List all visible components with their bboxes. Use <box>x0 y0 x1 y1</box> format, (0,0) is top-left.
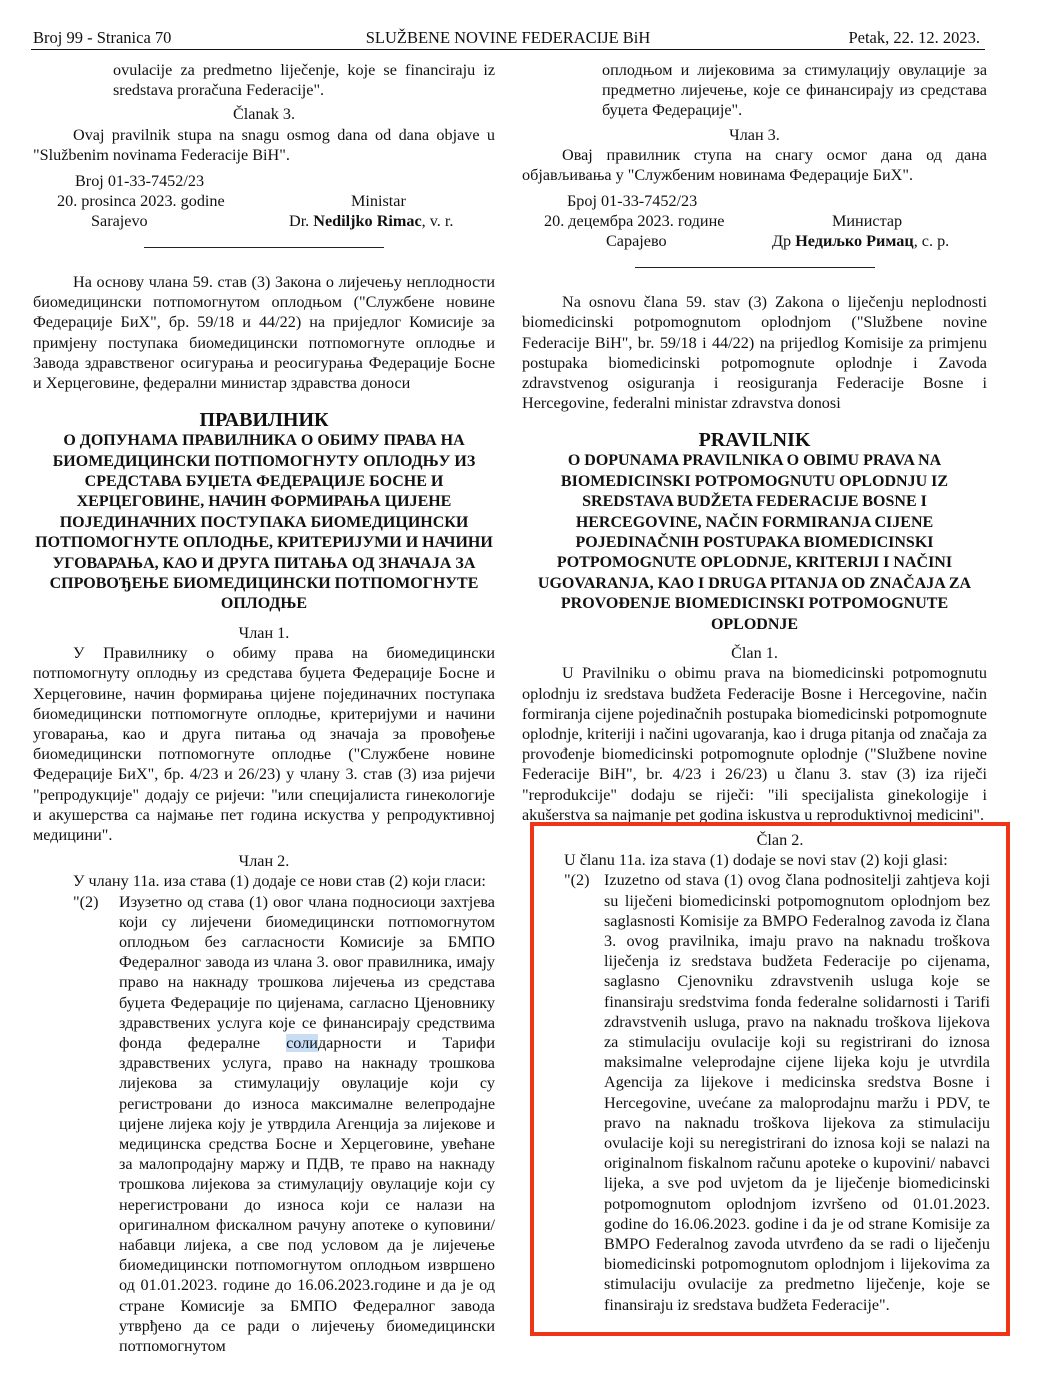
article-2-paragraph: "(2) Изузетно од става (1) овог члана по… <box>33 892 495 1357</box>
decree-number: Број 01-33-7452/23 <box>567 191 697 211</box>
paragraph-number: "(2) <box>564 870 604 1314</box>
right-column: оплодњом и лијековима за стимулацију ову… <box>522 60 987 825</box>
paragraph-text[interactable]: Изузетно од става (1) овог члана подноси… <box>119 892 495 1357</box>
signatory-name: Др Недиљко Римац, с. р. <box>772 231 949 251</box>
article-2-intro: U članu 11a. iza stava (1) dodaje se nov… <box>564 850 990 870</box>
article-3-heading: Члан 3. <box>522 125 987 145</box>
article-1-text: U Pravilniku o obimu prava na biomedicin… <box>522 663 987 825</box>
decree-date: 20. децембра 2023. године <box>544 211 724 231</box>
article-3-text: Ovaj pravilnik stupa na snagu osmog dana… <box>33 125 495 165</box>
selected-text-highlight[interactable]: соли <box>286 1034 318 1052</box>
article-3-text: Овај правилник ступа на снагу осмог дана… <box>522 145 987 185</box>
signatory-role: Министар <box>832 211 902 231</box>
article-2-heading: Član 2. <box>570 830 990 850</box>
article-3-heading: Članak 3. <box>33 104 495 124</box>
article-1-heading: Члан 1. <box>33 623 495 643</box>
paragraph-number: "(2) <box>73 892 119 1357</box>
article-2-paragraph: "(2) Izuzetno od stava (1) ovog člana po… <box>564 870 990 1314</box>
annotation-highlight-box: Član 2. U članu 11a. iza stava (1) dodaj… <box>530 822 1010 1336</box>
document-title: PRAVILNIK <box>522 429 987 451</box>
decree-number: Broj 01-33-7452/23 <box>75 171 204 191</box>
left-column: ovulacije za predmetno liječenje, koje s… <box>33 60 495 1356</box>
article-2-heading: Члан 2. <box>33 851 495 871</box>
page-header: Broj 99 - Stranica 70 SLUŽBENE NOVINE FE… <box>31 25 985 50</box>
article-2-intro: У члану 11а. иза става (1) додаје се нов… <box>33 871 495 891</box>
issue-date: Petak, 22. 12. 2023. <box>848 28 980 48</box>
paragraph-text: Izuzetno od stava (1) ovog člana podnosi… <box>604 870 990 1314</box>
preamble-text: Na osnovu člana 59. stav (3) Zakona o li… <box>522 292 987 413</box>
preamble-text: На основу члана 59. став (3) Закона о ли… <box>33 272 495 393</box>
carryover-text: оплодњом и лијековима за стимулацију ову… <box>522 60 987 121</box>
carryover-text: ovulacije za predmetno liječenje, koje s… <box>33 60 495 100</box>
signature-block: Broj 01-33-7452/23 20. prosinca 2023. go… <box>33 171 495 233</box>
decree-date: 20. prosinca 2023. godine <box>57 191 225 211</box>
document-subtitle: О ДОПУНАМА ПРАВИЛНИКА О ОБИМУ ПРАВА НА Б… <box>33 431 495 615</box>
article-2-latin: Član 2. U članu 11a. iza stava (1) dodaj… <box>570 830 990 1315</box>
publication-title: SLUŽBENE NOVINE FEDERACIJE BiH <box>31 28 985 48</box>
document-subtitle: O DOPUNAMA PRAVILNIKA O OBIMU PRAVA NA B… <box>522 451 987 635</box>
article-1-heading: Član 1. <box>522 643 987 663</box>
article-1-text: У Правилнику о обиму права на биомедицин… <box>33 643 495 845</box>
signature-block: Број 01-33-7452/23 20. децембра 2023. го… <box>522 191 987 253</box>
document-title: ПРАВИЛНИК <box>33 409 495 431</box>
decree-place: Sarajevo <box>91 211 148 231</box>
signatory-name: Dr. Nediljko Rimac, v. r. <box>289 211 453 231</box>
decree-place: Сарајево <box>606 231 667 251</box>
signatory-role: Ministar <box>351 191 406 211</box>
section-divider <box>144 247 384 248</box>
section-divider <box>635 267 875 268</box>
